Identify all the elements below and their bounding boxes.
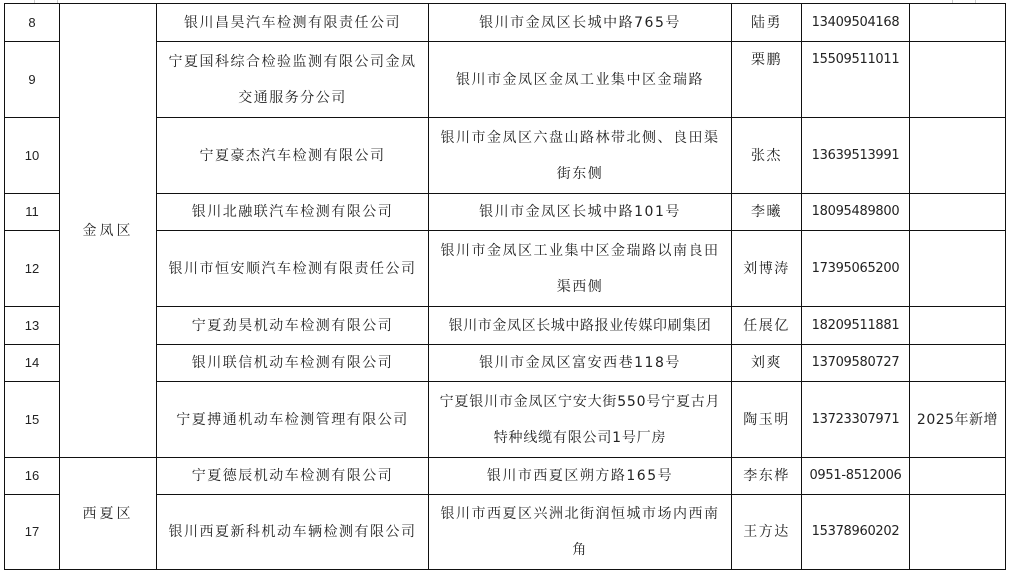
note	[910, 194, 1006, 231]
note	[910, 495, 1006, 570]
row-number: 13	[5, 307, 60, 345]
table-row: 8 金凤区 银川昌昊汽车检测有限责任公司 银川市金凤区长城中路765号 陆勇 1…	[5, 4, 1006, 42]
district-cell: 金凤区	[60, 4, 157, 458]
contact-person: 陆勇	[732, 4, 802, 42]
table-row: 16 西夏区 宁夏德辰机动车检测有限公司 银川市西夏区朔方路165号 李东桦 0…	[5, 458, 1006, 495]
company-name: 银川西夏新科机动车辆检测有限公司	[157, 495, 429, 570]
company-name: 宁夏德辰机动车检测有限公司	[157, 458, 429, 495]
address: 银川市金凤区六盘山路林带北侧、良田渠街东侧	[429, 118, 732, 194]
address: 银川市西夏区朔方路165号	[429, 458, 732, 495]
phone-number: 18095489800	[802, 194, 910, 231]
company-name: 宁夏国科综合检验监测有限公司金凤交通服务分公司	[157, 42, 429, 118]
contact-person: 李曦	[732, 194, 802, 231]
inspection-stations-table: 8 金凤区 银川昌昊汽车检测有限责任公司 银川市金凤区长城中路765号 陆勇 1…	[4, 3, 1006, 570]
contact-person: 张杰	[732, 118, 802, 194]
row-number: 16	[5, 458, 60, 495]
address: 银川市金凤区长城中路101号	[429, 194, 732, 231]
address: 银川市金凤区工业集中区金瑞路以南良田渠西侧	[429, 231, 732, 307]
company-name: 银川昌昊汽车检测有限责任公司	[157, 4, 429, 42]
company-name: 银川北融联汽车检测有限公司	[157, 194, 429, 231]
contact-person: 王方达	[732, 495, 802, 570]
address: 银川市金凤区富安西巷118号	[429, 345, 732, 382]
contact-person: 陶玉明	[732, 382, 802, 458]
address: 银川市金凤区长城中路报业传媒印刷集团	[429, 307, 732, 345]
note	[910, 4, 1006, 42]
contact-person: 栗鹏	[732, 42, 802, 118]
phone-number: 18209511881	[802, 307, 910, 345]
address: 银川市金凤区长城中路765号	[429, 4, 732, 42]
address: 宁夏银川市金凤区宁安大街550号宁夏古月特种线缆有限公司1号厂房	[429, 382, 732, 458]
contact-person: 刘爽	[732, 345, 802, 382]
row-number: 15	[5, 382, 60, 458]
note	[910, 118, 1006, 194]
phone-number: 13709580727	[802, 345, 910, 382]
address: 银川市西夏区兴洲北街润恒城市场内西南角	[429, 495, 732, 570]
company-name: 宁夏劲昊机动车检测有限公司	[157, 307, 429, 345]
company-name: 银川联信机动车检测有限公司	[157, 345, 429, 382]
row-number: 9	[5, 42, 60, 118]
district-cell: 西夏区	[60, 458, 157, 570]
note	[910, 42, 1006, 118]
note	[910, 307, 1006, 345]
row-number: 14	[5, 345, 60, 382]
contact-person: 李东桦	[732, 458, 802, 495]
row-number: 8	[5, 4, 60, 42]
row-number: 17	[5, 495, 60, 570]
company-name: 宁夏豪杰汽车检测有限公司	[157, 118, 429, 194]
note	[910, 345, 1006, 382]
row-number: 11	[5, 194, 60, 231]
note	[910, 458, 1006, 495]
company-name: 宁夏搏通机动车检测管理有限公司	[157, 382, 429, 458]
phone-number: 13409504168	[802, 4, 910, 42]
contact-person: 刘博涛	[732, 231, 802, 307]
note	[910, 231, 1006, 307]
row-number: 12	[5, 231, 60, 307]
phone-number: 17395065200	[802, 231, 910, 307]
contact-person: 任展亿	[732, 307, 802, 345]
phone-number: 13639513991	[802, 118, 910, 194]
phone-number: 15378960202	[802, 495, 910, 570]
note: 2025年新增	[910, 382, 1006, 458]
row-number: 10	[5, 118, 60, 194]
company-name: 银川市恒安顺汽车检测有限责任公司	[157, 231, 429, 307]
phone-number: 13723307971	[802, 382, 910, 458]
address: 银川市金凤区金凤工业集中区金瑞路	[429, 42, 732, 118]
phone-number: 15509511011	[802, 42, 910, 118]
phone-number: 0951-8512006	[802, 458, 910, 495]
